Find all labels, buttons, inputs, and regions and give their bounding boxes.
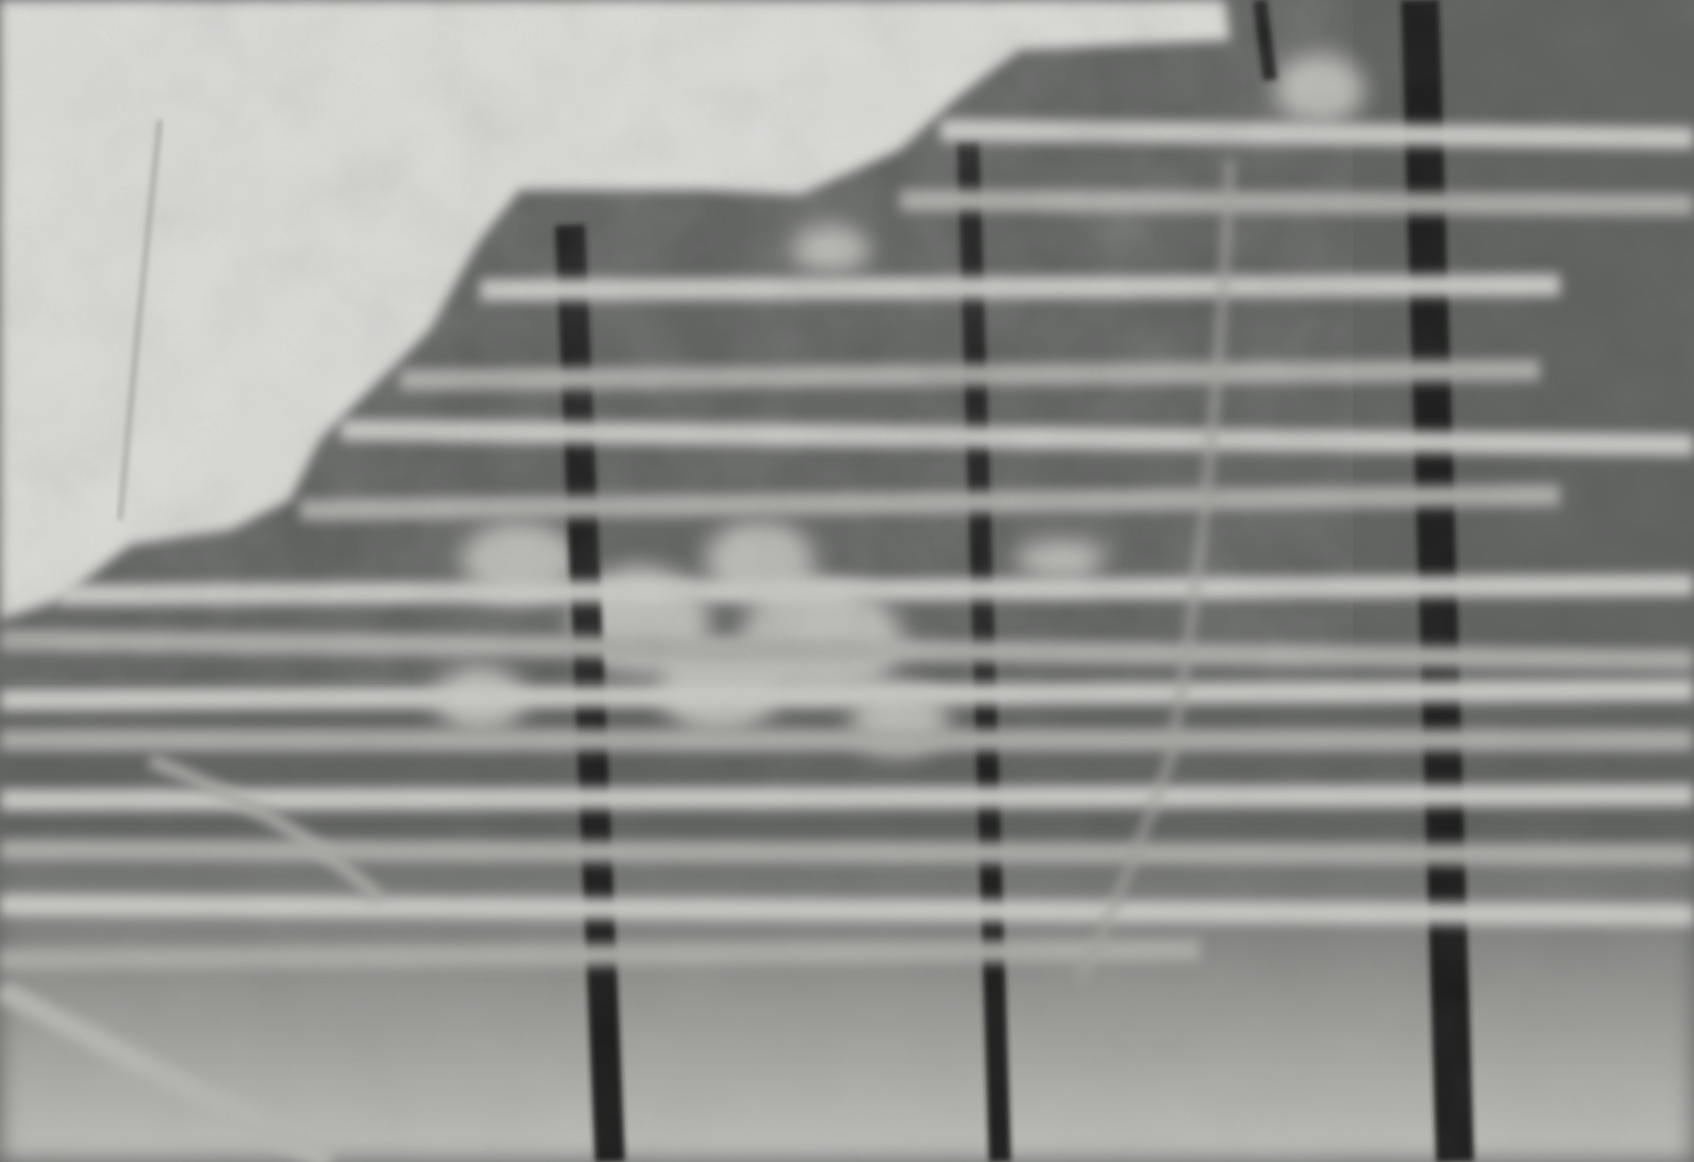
wall-photo [0, 0, 1694, 1162]
